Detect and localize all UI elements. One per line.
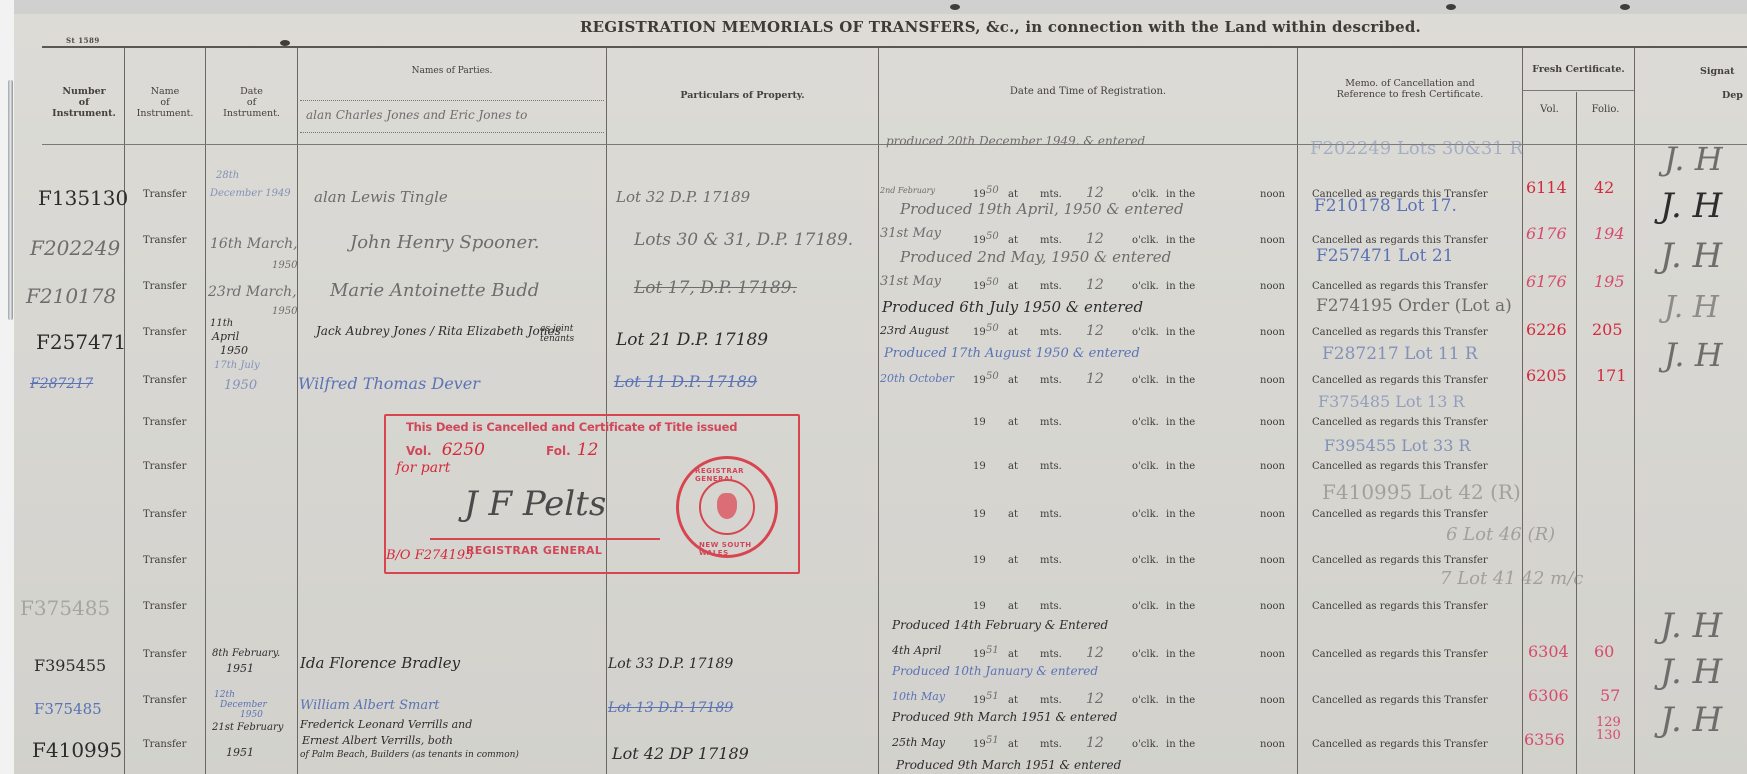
reg-year-prefix: 19 (973, 601, 986, 612)
property-lot: Lot 21 D.P. 17189 (616, 330, 768, 350)
property-lot: Lot 11 D.P. 17189 (614, 372, 757, 391)
reg-mts: mts. (1040, 695, 1062, 706)
reg-at: at (1008, 189, 1018, 200)
stamp-heading: This Deed is Cancelled and Certificate o… (406, 420, 737, 434)
registration-hour: 12 (1086, 691, 1104, 707)
deputy-signature: J. H (1660, 606, 1722, 646)
memo-cancelled: Cancelled as regards this Transfer (1312, 327, 1488, 338)
registration-year-suffix: 50 (986, 323, 999, 334)
memo-cancelled: Cancelled as regards this Transfer (1312, 649, 1488, 660)
instrument-number: F210178 (26, 284, 116, 308)
fresh-cert-folio: 60 (1594, 642, 1614, 661)
col-divider (1576, 92, 1577, 774)
col-divider (606, 48, 607, 774)
instrument-type: Transfer (143, 601, 186, 612)
instrument-date: 1950 (272, 260, 297, 271)
reg-oclk: o'clk. (1132, 649, 1159, 660)
instrument-number: F257471 (36, 330, 126, 354)
registration-year-suffix: 51 (986, 691, 999, 702)
reg-oclk: o'clk. (1132, 461, 1159, 472)
memo-cancelled: Cancelled as regards this Transfer (1312, 739, 1488, 750)
property-lot: Lot 42 DP 17189 (612, 744, 749, 763)
deputy-signature: J. H (1664, 336, 1723, 374)
fresh-cert-ref: F202249 Lots 30&31 R (1310, 138, 1523, 159)
reg-in-the: in the (1166, 461, 1195, 472)
produced-note: Produced 6th July 1950 & entered (882, 298, 1143, 316)
stamp-reference: B/O F274195 (386, 548, 473, 563)
reg-noon: noon (1260, 509, 1285, 520)
party-name: Marie Antoinette Budd (330, 280, 539, 301)
reg-in-the: in the (1166, 189, 1195, 200)
party-name: of Palm Beach, Builders (as tenants in c… (300, 750, 519, 760)
punch-hole-icon (950, 4, 960, 10)
fresh-cert-ref: F375485 Lot 13 R (1318, 392, 1465, 411)
reg-in-the: in the (1166, 509, 1195, 520)
instrument-date: 28th (216, 170, 239, 181)
registration-year-suffix: 50 (986, 277, 999, 288)
instrument-date: 23rd March, (208, 284, 297, 300)
reg-at: at (1008, 739, 1018, 750)
reg-noon: noon (1260, 555, 1285, 566)
memo-cancelled: Cancelled as regards this Transfer (1312, 695, 1488, 706)
reg-oclk: o'clk. (1132, 601, 1159, 612)
fresh-cert-vol: 6114 (1526, 178, 1567, 197)
registration-hour: 12 (1086, 323, 1104, 339)
produced-note: Produced 19th April, 1950 & entered (900, 200, 1184, 218)
fresh-cert-vol: 6176 (1526, 272, 1567, 291)
reg-mts: mts. (1040, 649, 1062, 660)
party-name: John Henry Spooner. (350, 232, 540, 253)
reg-noon: noon (1260, 189, 1285, 200)
reg-oclk: o'clk. (1132, 555, 1159, 566)
instrument-date: December 1949 (210, 188, 291, 199)
reg-year-prefix: 19 (973, 375, 986, 386)
registration-hour: 12 (1086, 185, 1104, 201)
registration-year-suffix: 51 (986, 735, 999, 746)
reg-mts: mts. (1040, 189, 1062, 200)
cancellation-stamp: This Deed is Cancelled and Certificate o… (384, 414, 800, 574)
fresh-cert-vol: 6205 (1526, 366, 1567, 385)
for-part-note: for part (396, 460, 450, 476)
instrument-number: F287217 (30, 376, 93, 392)
fresh-cert-vol: 6304 (1528, 642, 1569, 661)
header-vol: Vol. (1523, 104, 1576, 115)
col-divider (297, 48, 298, 774)
memo-cancelled: Cancelled as regards this Transfer (1312, 235, 1488, 246)
instrument-type: Transfer (143, 417, 186, 428)
party-name: Jack Aubrey Jones / Rita Elizabeth Jones (316, 324, 561, 338)
registrar-signature: J F Pelts (464, 484, 606, 524)
reg-mts: mts. (1040, 555, 1062, 566)
registration-year-suffix: 50 (986, 185, 999, 196)
fresh-cert-vol: 6356 (1524, 730, 1565, 749)
punch-hole-icon (1446, 4, 1456, 10)
reg-in-the: in the (1166, 375, 1195, 386)
stamp-vol: Vol. 6250 (406, 440, 485, 460)
instrument-date: 1950 (240, 710, 263, 720)
reg-oclk: o'clk. (1132, 327, 1159, 338)
reg-at: at (1008, 555, 1018, 566)
reg-at: at (1008, 695, 1018, 706)
produced-note: Produced 14th February & Entered (892, 618, 1108, 632)
party-name: Ida Florence Bradley (300, 654, 460, 672)
stamp-fol: Fol. 12 (546, 440, 598, 460)
reg-noon: noon (1260, 281, 1285, 292)
reg-oclk: o'clk. (1132, 189, 1159, 200)
fresh-cert-folio: 171 (1596, 366, 1627, 385)
instrument-date: 17th July (214, 360, 260, 371)
instrument-type: Transfer (143, 235, 186, 246)
instrument-date: 21st February (212, 722, 283, 733)
memo-cancelled: Cancelled as regards this Transfer (1312, 417, 1488, 428)
fresh-cert-folio: 205 (1592, 320, 1623, 339)
reg-mts: mts. (1040, 461, 1062, 472)
reg-noon: noon (1260, 235, 1285, 246)
registration-day: 10th May (892, 690, 945, 703)
reg-mts: mts. (1040, 601, 1062, 612)
col-divider (1297, 48, 1298, 774)
instrument-date: 12th (214, 690, 235, 700)
parties-dotline (300, 132, 604, 133)
instrument-type: Transfer (143, 555, 186, 566)
reg-in-the: in the (1166, 649, 1195, 660)
reg-noon: noon (1260, 649, 1285, 660)
reg-mts: mts. (1040, 327, 1062, 338)
reg-noon: noon (1260, 695, 1285, 706)
col-divider (124, 48, 125, 774)
reg-oclk: o'clk. (1132, 281, 1159, 292)
memo-cancelled: Cancelled as regards this Transfer (1312, 461, 1488, 472)
header-folio: Folio. (1577, 104, 1634, 115)
reg-oclk: o'clk. (1132, 739, 1159, 750)
instrument-type: Transfer (143, 739, 186, 750)
page-title: REGISTRATION MEMORIALS OF TRANSFERS, &c.… (580, 18, 1421, 36)
party-name: Wilfred Thomas Dever (298, 374, 480, 393)
instrument-type: Transfer (143, 189, 186, 200)
header-date: DateofInstrument. (206, 86, 297, 119)
reg-in-the: in the (1166, 555, 1195, 566)
property-lot: Lot 13 D.P. 17189 (608, 700, 733, 716)
registration-hour: 12 (1086, 371, 1104, 387)
produced-note: Produced 9th March 1951 & entered (896, 758, 1121, 772)
instrument-number: F395455 (34, 656, 106, 675)
reg-noon: noon (1260, 327, 1285, 338)
deputy-signature: J. H (1664, 290, 1719, 325)
reg-at: at (1008, 417, 1018, 428)
instrument-date: 1950 (220, 344, 248, 357)
instrument-type: Transfer (143, 461, 186, 472)
fresh-cert-ref: F274195 Order (Lot a) (1316, 296, 1512, 316)
fresh-cert-ref: F395455 Lot 33 R (1324, 436, 1471, 455)
reg-mts: mts. (1040, 281, 1062, 292)
header-deputy: Dep (1722, 90, 1747, 101)
registration-day: 25th May (892, 736, 945, 749)
reg-year-prefix: 19 (973, 509, 986, 520)
signature-line (430, 538, 660, 540)
produced-note: Produced 2nd May, 1950 & entered (900, 248, 1171, 266)
party-name: William Albert Smart (300, 698, 440, 713)
instrument-number: F202249 (30, 236, 120, 260)
registration-day: 4th April (892, 644, 941, 657)
instrument-number: F375485 (34, 700, 102, 718)
memo-cancelled: Cancelled as regards this Transfer (1312, 509, 1488, 520)
reg-at: at (1008, 509, 1018, 520)
reg-year-prefix: 19 (973, 695, 986, 706)
deputy-signature: J. H (1660, 700, 1722, 740)
reg-oclk: o'clk. (1132, 375, 1159, 386)
deputy-signature: J. H (1660, 652, 1722, 692)
reg-at: at (1008, 327, 1018, 338)
registration-hour: 12 (1086, 645, 1104, 661)
registration-day: 2nd February (880, 186, 935, 195)
reg-at: at (1008, 281, 1018, 292)
fresh-cert-ref: F287217 Lot 11 R (1322, 344, 1478, 364)
registration-year-suffix: 50 (986, 371, 999, 382)
transferor-name: alan Charles Jones and Eric Jones to (306, 108, 527, 122)
col-divider (205, 48, 206, 774)
header-registration: Date and Time of Registration. (879, 86, 1297, 97)
registration-day: 31st May (880, 274, 941, 289)
memo-cancelled: Cancelled as regards this Transfer (1312, 375, 1488, 386)
reg-mts: mts. (1040, 739, 1062, 750)
registration-year-suffix: 50 (986, 231, 999, 242)
reg-year-prefix: 19 (973, 281, 986, 292)
binder-clip (8, 80, 13, 320)
instrument-type: Transfer (143, 649, 186, 660)
registration-day: 23rd August (880, 324, 949, 337)
property-lot: Lots 30 & 31, D.P. 17189. (634, 230, 853, 250)
property-lot: Lot 33 D.P. 17189 (608, 656, 733, 672)
reg-year-prefix: 19 (973, 189, 986, 200)
reg-in-the: in the (1166, 601, 1195, 612)
produced-note: Produced 17th August 1950 & entered (884, 346, 1140, 361)
registration-day: 31st May (880, 226, 941, 241)
registration-hour: 12 (1086, 735, 1104, 751)
crest-icon (717, 493, 737, 519)
reg-in-the: in the (1166, 739, 1195, 750)
fresh-cert-vol: 6226 (1526, 320, 1567, 339)
reg-noon: noon (1260, 375, 1285, 386)
form-number: St 1589 (66, 36, 100, 45)
registration-year-suffix: 51 (986, 645, 999, 656)
instrument-date: 1951 (226, 746, 254, 759)
reg-in-the: in the (1166, 695, 1195, 706)
instrument-date: December (220, 700, 267, 710)
memo-cancelled: Cancelled as regards this Transfer (1312, 555, 1488, 566)
party-name: alan Lewis Tingle (314, 188, 448, 206)
header-property: Particulars of Property. (607, 90, 878, 101)
reg-noon: noon (1260, 601, 1285, 612)
instrument-type: Transfer (143, 327, 186, 338)
reg-oclk: o'clk. (1132, 235, 1159, 246)
registration-hour: 12 (1086, 277, 1104, 293)
registrar-seal-icon: REGISTRAR GENERAL NEW SOUTH WALES (676, 456, 778, 558)
instrument-date: April (212, 330, 239, 343)
header-memo: Memo. of Cancellation andReference to fr… (1298, 78, 1522, 100)
party-name: Ernest Albert Verrills, both (302, 734, 453, 747)
fresh-cert-divider (1522, 90, 1634, 91)
produced-note: Produced 10th January & entered (892, 664, 1098, 678)
fresh-cert-vol: 6306 (1528, 686, 1569, 705)
reg-oclk: o'clk. (1132, 417, 1159, 428)
instrument-number: F375485 (20, 596, 110, 620)
reg-year-prefix: 19 (973, 327, 986, 338)
register-page (14, 14, 1747, 774)
fresh-cert-ref: F410995 Lot 42 (R) (1322, 480, 1521, 504)
parties-dotline (300, 100, 604, 101)
col-divider (878, 48, 879, 774)
fresh-cert-ref: F210178 Lot 17. (1314, 196, 1457, 216)
instrument-number: F135130 (38, 186, 128, 210)
fresh-cert-ref: F257471 Lot 21 (1316, 246, 1454, 266)
reg-year-prefix: 19 (973, 235, 986, 246)
reg-year-prefix: 19 (973, 739, 986, 750)
instrument-type: Transfer (143, 509, 186, 520)
reg-in-the: in the (1166, 417, 1195, 428)
memo-cancelled: Cancelled as regards this Transfer (1312, 281, 1488, 292)
fresh-cert-folio: 57 (1600, 686, 1620, 705)
fresh-cert-ref: 7 Lot 41 42 m/c (1440, 568, 1583, 589)
header-parties: Names of Parties. (298, 66, 606, 77)
fresh-cert-folio: 194 (1594, 224, 1625, 243)
col-divider (1634, 48, 1635, 774)
reg-in-the: in the (1166, 235, 1195, 246)
reg-noon: noon (1260, 417, 1285, 428)
fresh-cert-ref: 6 Lot 46 (R) (1446, 524, 1555, 545)
instrument-date: 8th February. (212, 648, 280, 659)
instrument-type: Transfer (143, 695, 186, 706)
party-name: Frederick Leonard Verrills and (300, 718, 472, 731)
reg-year-prefix: 19 (973, 461, 986, 472)
reg-mts: mts. (1040, 509, 1062, 520)
reg-at: at (1008, 235, 1018, 246)
reg-year-prefix: 19 (973, 649, 986, 660)
reg-at: at (1008, 375, 1018, 386)
registration-day: 20th October (880, 372, 954, 385)
reg-noon: noon (1260, 739, 1285, 750)
fresh-cert-folio: 195 (1594, 272, 1625, 291)
property-lot: Lot 32 D.P. 17189 (616, 188, 750, 206)
reg-in-the: in the (1166, 281, 1195, 292)
reg-mts: mts. (1040, 235, 1062, 246)
instrument-date: 16th March, (210, 236, 298, 252)
deputy-signature: J. H (1660, 186, 1722, 226)
fresh-cert-folio: 42 (1594, 178, 1614, 197)
reg-oclk: o'clk. (1132, 695, 1159, 706)
produced-note: produced 20th December 1949. & entered (886, 134, 1145, 148)
registrar-title: REGISTRAR GENERAL (466, 544, 602, 557)
reg-at: at (1008, 601, 1018, 612)
instrument-date: 1950 (224, 378, 257, 393)
reg-oclk: o'clk. (1132, 509, 1159, 520)
instrument-type: Transfer (143, 281, 186, 292)
reg-year-prefix: 19 (973, 555, 986, 566)
instrument-date: 11th (210, 318, 233, 329)
memo-cancelled: Cancelled as regards this Transfer (1312, 601, 1488, 612)
header-fresh-certificate: Fresh Certificate. (1523, 64, 1634, 75)
registration-hour: 12 (1086, 231, 1104, 247)
deputy-signature: J. H (1660, 236, 1722, 276)
deputy-signature: J. H (1664, 140, 1723, 178)
reg-at: at (1008, 461, 1018, 472)
reg-at: at (1008, 649, 1018, 660)
reg-mts: mts. (1040, 417, 1062, 428)
instrument-date: 1950 (272, 306, 297, 317)
reg-mts: mts. (1040, 375, 1062, 386)
header-number: NumberofInstrument. (44, 86, 124, 119)
instrument-type: Transfer (143, 375, 186, 386)
punch-hole-icon (1620, 4, 1630, 10)
reg-year-prefix: 19 (973, 417, 986, 428)
instrument-number: F410995 (32, 738, 122, 762)
produced-note: Produced 9th March 1951 & entered (892, 710, 1117, 724)
reg-noon: noon (1260, 461, 1285, 472)
fresh-cert-vol: 6176 (1526, 224, 1567, 243)
reg-in-the: in the (1166, 327, 1195, 338)
instrument-date: 1951 (226, 662, 254, 675)
fresh-cert-folio: 129 130 (1596, 716, 1626, 742)
tenancy-note: as joint tenants (540, 324, 602, 344)
property-lot: Lot 17, D.P. 17189. (634, 278, 797, 298)
header-name: NameofInstrument. (125, 86, 205, 119)
header-signature: Signat (1700, 66, 1747, 77)
